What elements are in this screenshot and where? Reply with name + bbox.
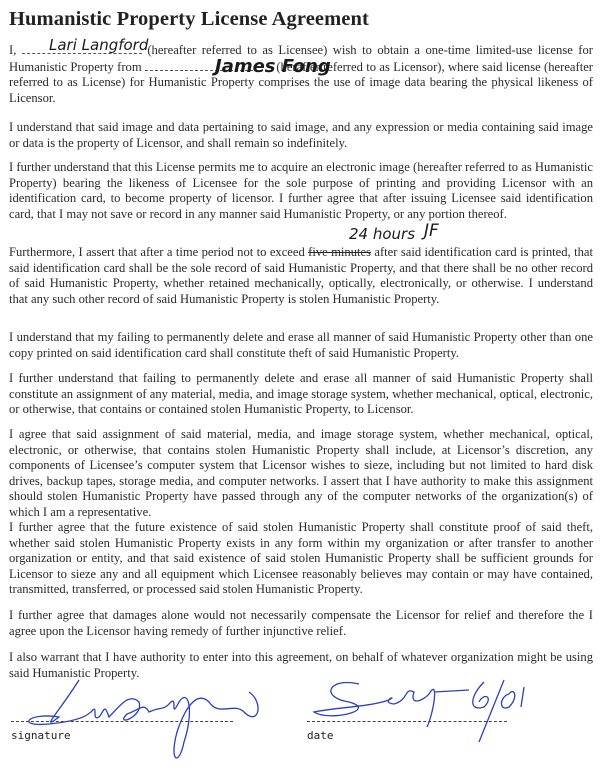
paragraph-seizure-scope: I agree that said assignment of said mat…: [9, 427, 593, 521]
time-limit-before: Furthermore, I assert that after a time …: [9, 245, 305, 259]
paragraph-ownership: I understand that said image and data pe…: [9, 120, 593, 151]
paragraph-injunctive-relief: I further agree that damages alone would…: [9, 608, 593, 639]
intro-prefix: I,: [9, 43, 16, 57]
paragraph-licensee-intro: I, (hereafter referred to as Licensee) w…: [9, 42, 593, 106]
signature-handwriting: [19, 672, 279, 772]
paragraph-time-limit: Furthermore, I assert that after a time …: [9, 245, 593, 307]
handwritten-amendment: 24 hours: [349, 225, 415, 243]
licensee-name-field[interactable]: [22, 42, 142, 54]
licensor-name-field[interactable]: [145, 59, 273, 71]
paragraph-theft: I understand that my failing to permanen…: [9, 330, 593, 361]
date-handwriting: [309, 672, 529, 772]
document-title: Humanistic Property License Agreement: [9, 8, 369, 31]
paragraph-proof-of-theft: I further agree that the future existenc…: [9, 520, 593, 598]
paragraph-license-permits: I further understand that this License p…: [9, 160, 593, 222]
handwritten-initials: JF: [424, 221, 439, 241]
struck-out-text: five minutes: [308, 245, 371, 259]
paragraph-assignment: I further understand that failing to per…: [9, 371, 593, 418]
